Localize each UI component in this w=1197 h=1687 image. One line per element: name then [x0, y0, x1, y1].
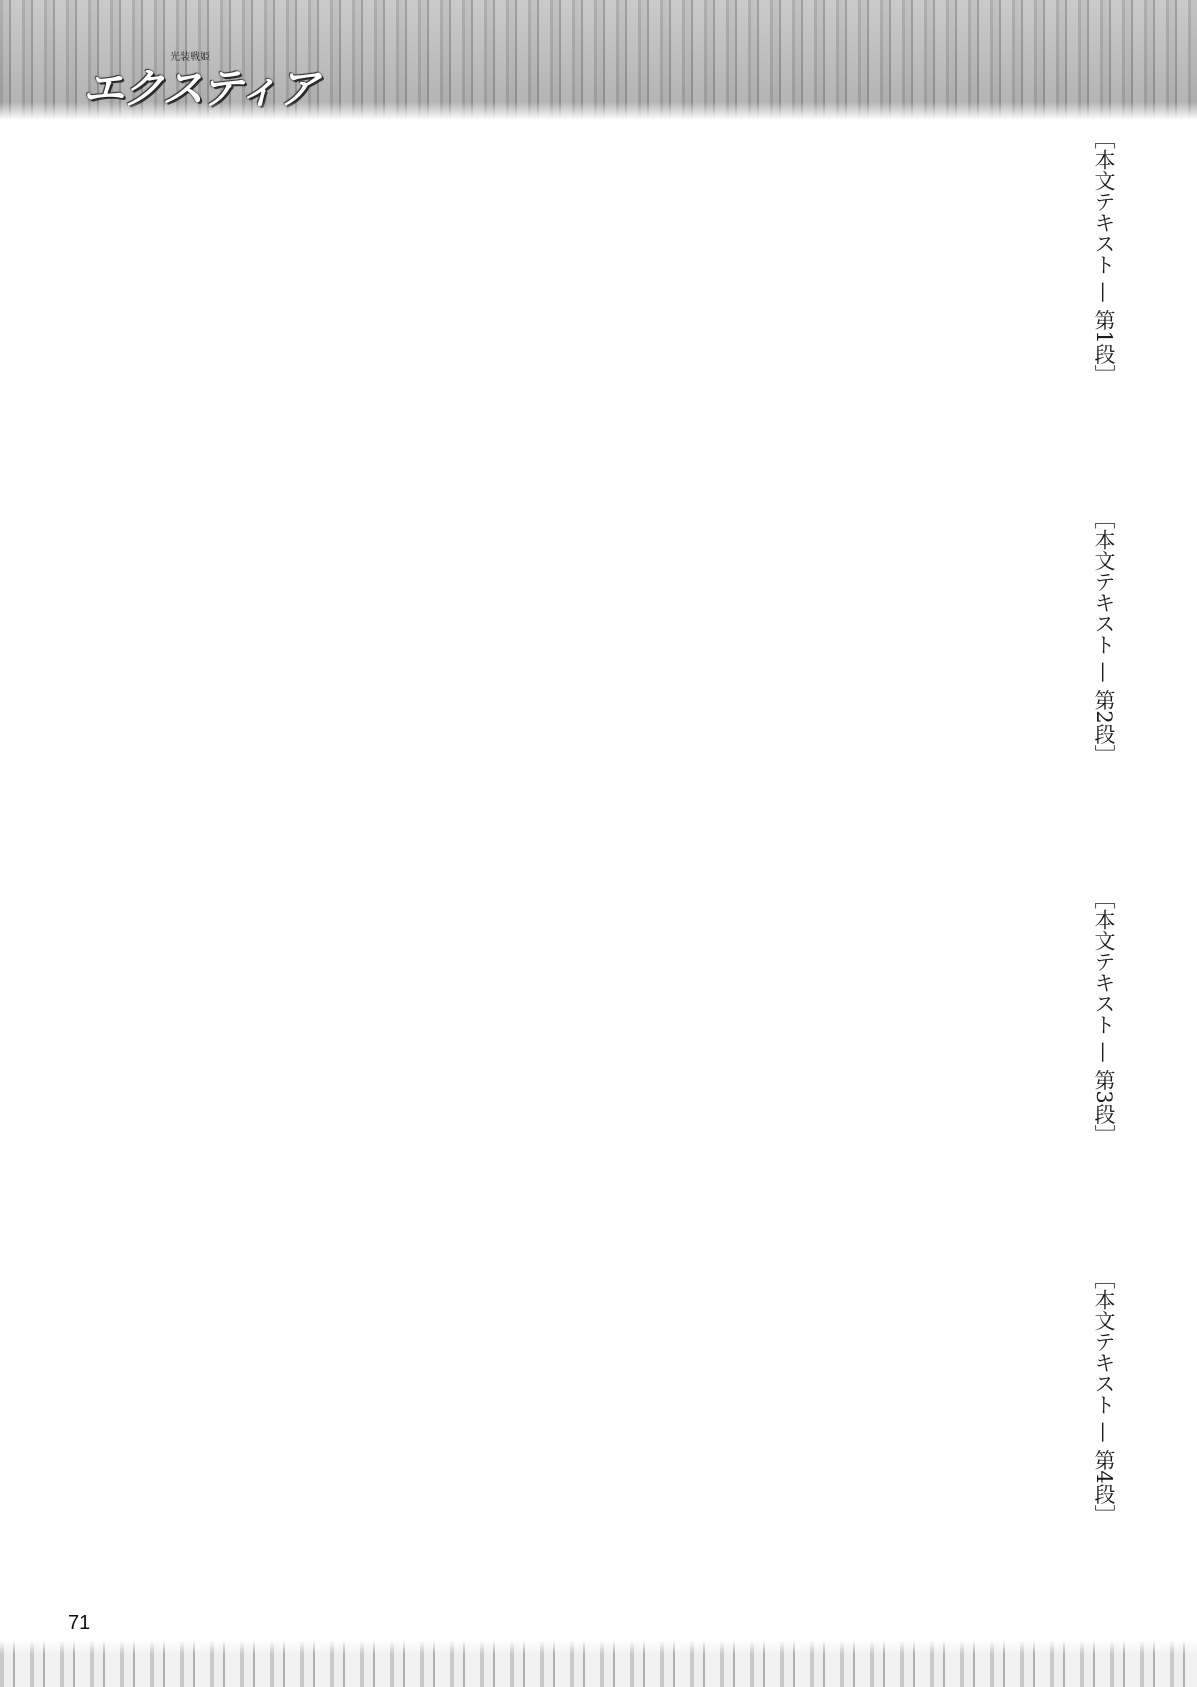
page-number: 71	[68, 1612, 90, 1635]
header-decoration: 光装戦姫 エクスティア	[0, 0, 1197, 120]
title-logo: エクスティア	[70, 60, 330, 112]
column-text: ［本文テキスト — 第3段］	[1087, 888, 1120, 1228]
text-column-4: ［本文テキスト — 第4段］	[70, 1268, 1120, 1608]
page-body: ［本文テキスト — 第1段］ ［本文テキスト — 第2段］ ［本文テキスト — …	[70, 128, 1120, 1628]
footer-decoration	[0, 1640, 1197, 1687]
text-column-3: ［本文テキスト — 第3段］	[70, 888, 1120, 1228]
column-text: ［本文テキスト — 第1段］	[1087, 128, 1120, 468]
column-text: ［本文テキスト — 第4段］	[1087, 1268, 1120, 1608]
text-column-1: ［本文テキスト — 第1段］	[70, 128, 1120, 468]
column-text: ［本文テキスト — 第2段］	[1087, 508, 1120, 848]
text-column-2: ［本文テキスト — 第2段］	[70, 508, 1120, 848]
